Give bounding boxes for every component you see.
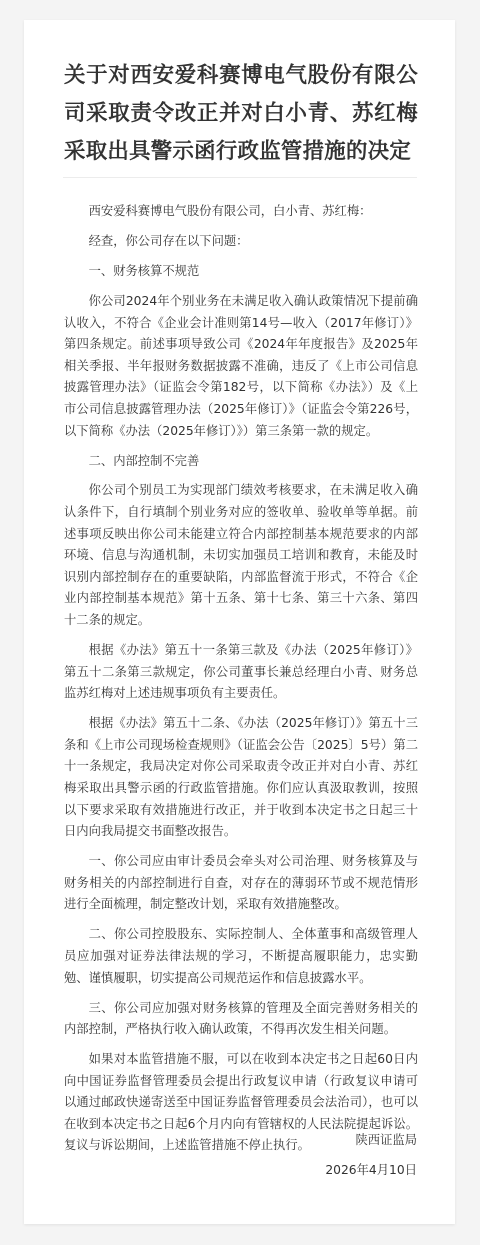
issuer-name: 陕西证监局 [325,1130,417,1152]
requirement-3: 三、你公司应加强对财务核算的管理及全面完善财务相关的内部控制，严格执行收入确认政… [64,998,418,1041]
requirement-2: 二、你公司控股股东、实际控制人、全体董事和高级管理人员应加强对证券法律法规的学习… [64,924,418,989]
section-heading-internal-control: 二、内部控制不完善 [64,451,418,473]
salutation: 西安爱科赛博电气股份有限公司，白小青、苏红梅： [64,201,418,223]
paragraph-internal-control-issue: 你公司个别员工为实现部门绩效考核要求，在未满足收入确认条件下，自行填制个别业务对… [64,480,418,631]
section-heading-financial: 一、财务核算不规范 [64,261,418,283]
issue-date: 2026年4月10日 [325,1160,417,1182]
requirement-1: 一、你公司应由审计委员会牵头对公司治理、财务核算及与财务相关的内部控制进行自查，… [64,851,418,916]
paragraph-decision: 根据《办法》第五十二条、《办法（2025年修订）》第五十三条和《上市公司现场检查… [64,713,418,843]
intro-paragraph: 经查，你公司存在以下问题： [64,231,418,253]
paragraph-responsibility: 根据《办法》第五十一条第三款及《办法（2025年修订）》第五十二条第三款规定，你… [64,640,418,705]
signature-block: 陕西证监局 2026年4月10日 [325,1130,417,1190]
paragraph-financial-issue: 你公司2024年个别业务在未满足收入确认政策情况下提前确认收入，不符合《企业会计… [64,291,418,442]
document-card: 关于对西安爱科赛博电气股份有限公司采取责令改正并对白小青、苏红梅采取出具警示函行… [24,20,455,1224]
document-title: 关于对西安爱科赛博电气股份有限公司采取责令改正并对白小青、苏红梅采取出具警示函行… [64,57,418,171]
title-divider [63,177,417,178]
document-body: 西安爱科赛博电气股份有限公司，白小青、苏红梅： 经查，你公司存在以下问题： 一、… [64,201,418,1165]
